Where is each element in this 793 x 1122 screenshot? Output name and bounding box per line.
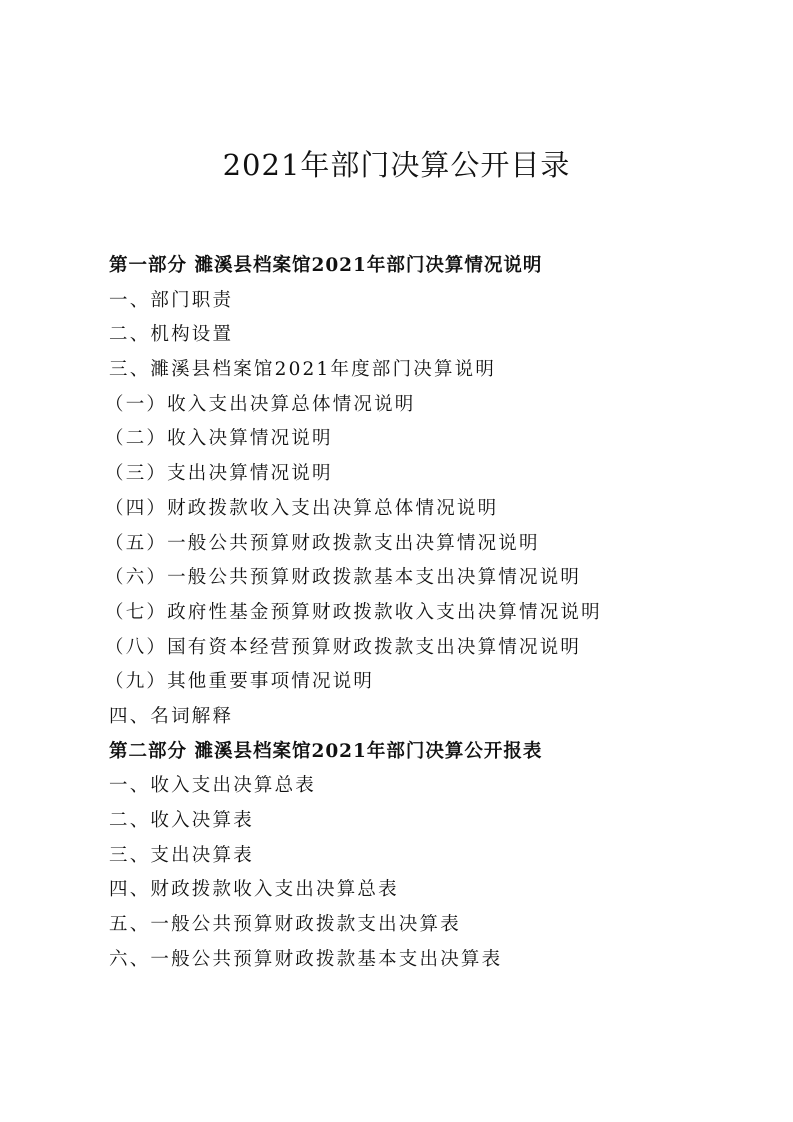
toc-subitem: （八）国有资本经营预算财政拨款支出决算情况说明 [105,631,749,666]
toc-subitem: （三）支出决算情况说明 [105,457,749,492]
toc-subitem: （六）一般公共预算财政拨款基本支出决算情况说明 [105,561,749,596]
table-of-contents: 第一部分 濉溪县档案馆2021年部门决算情况说明 一、部门职责 二、机构设置 三… [109,249,749,977]
toc-item: 一、部门职责 [109,284,749,319]
toc-item: 三、支出决算表 [109,839,749,874]
toc-part-2-heading: 第二部分 濉溪县档案馆2021年部门决算公开报表 [109,735,749,770]
document-page: 2021年部门决算公开目录 第一部分 濉溪县档案馆2021年部门决算情况说明 一… [0,0,793,1122]
toc-subitem: （二）收入决算情况说明 [105,422,749,457]
toc-item: 六、一般公共预算财政拨款基本支出决算表 [109,943,749,978]
toc-item: 二、收入决算表 [109,804,749,839]
toc-subitem: （一）收入支出决算总体情况说明 [105,388,749,423]
toc-subitem: （四）财政拨款收入支出决算总体情况说明 [105,492,749,527]
toc-item: 四、财政拨款收入支出决算总表 [109,873,749,908]
toc-item: 一、收入支出决算总表 [109,769,749,804]
document-title: 2021年部门决算公开目录 [0,143,793,187]
toc-subitem: （七）政府性基金预算财政拨款收入支出决算情况说明 [105,596,749,631]
toc-subitem: （五）一般公共预算财政拨款支出决算情况说明 [105,527,749,562]
toc-item: 三、濉溪县档案馆2021年度部门决算说明 [109,353,749,388]
toc-item: 四、名词解释 [109,700,749,735]
toc-item: 五、一般公共预算财政拨款支出决算表 [109,908,749,943]
toc-part-1-heading: 第一部分 濉溪县档案馆2021年部门决算情况说明 [109,249,749,284]
toc-item: 二、机构设置 [109,318,749,353]
toc-subitem: （九）其他重要事项情况说明 [105,665,749,700]
